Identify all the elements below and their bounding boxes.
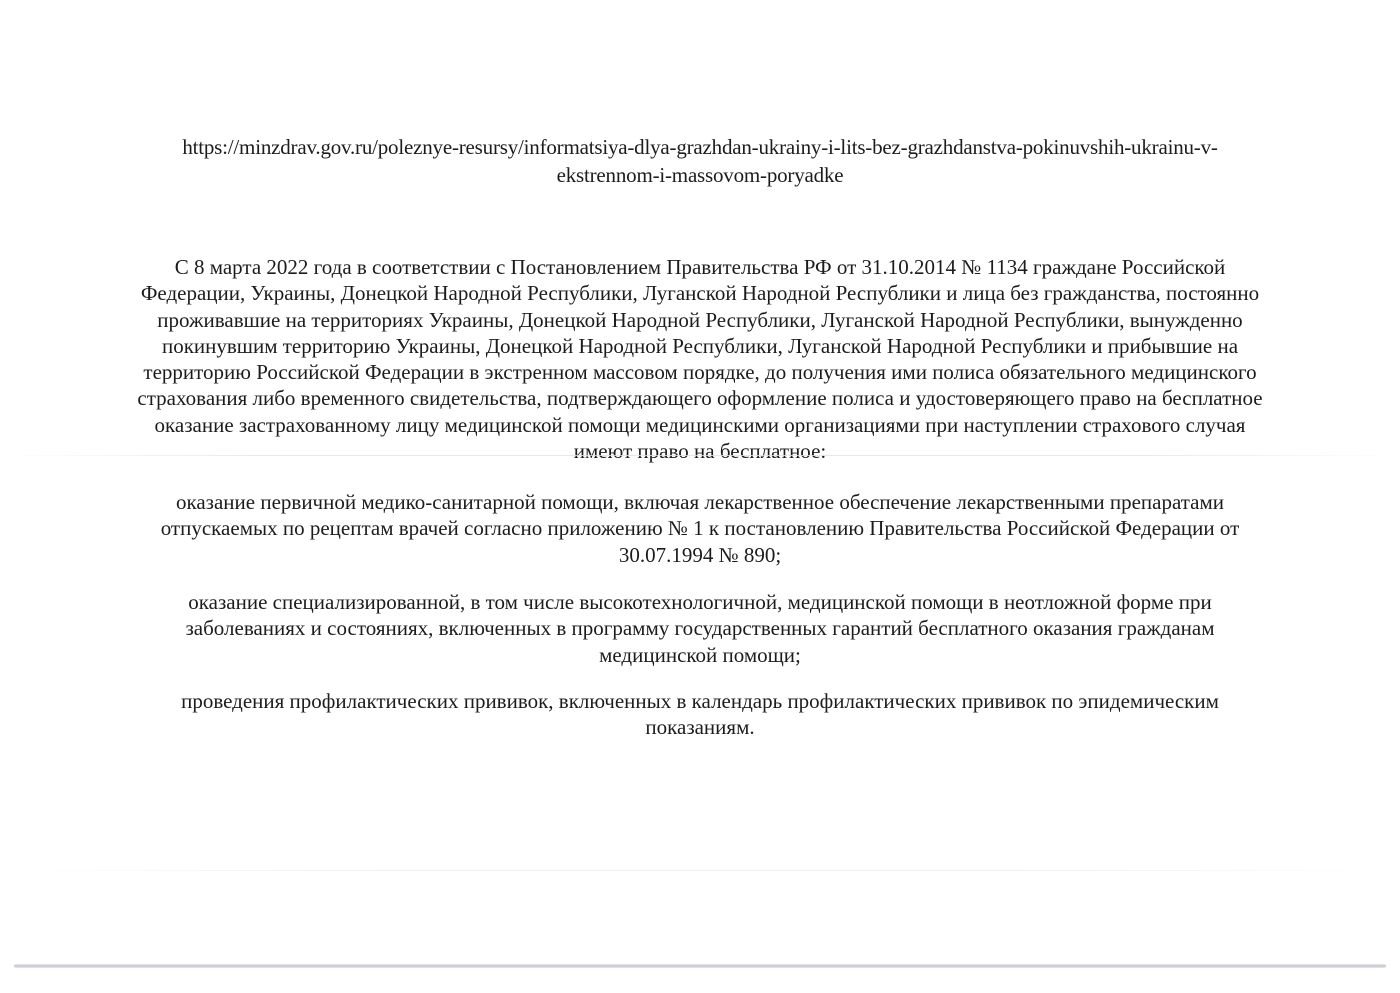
right-item-vaccinations: проведения профилактических прививок, вк… — [40, 688, 1360, 741]
text-line: оказание застрахованному лицу медицинско… — [40, 412, 1360, 438]
text-line: С 8 марта 2022 года в соответствии с Пос… — [40, 254, 1360, 280]
text-line: проживавшие на территориях Украины, Доне… — [40, 307, 1360, 333]
scan-artifact-bar — [14, 964, 1386, 968]
right-item-primary-care: оказание первичной медико-санитарной пом… — [40, 489, 1360, 568]
text-line: заболеваниях и состояниях, включенных в … — [40, 615, 1360, 641]
scan-artifact-line — [0, 455, 1400, 456]
scanned-document-page: https://minzdrav.gov.ru/poleznye-resursy… — [0, 0, 1400, 993]
source-url-line: ekstrennom-i-massovom-poryadke — [60, 161, 1340, 189]
source-url: https://minzdrav.gov.ru/poleznye-resursy… — [60, 133, 1340, 189]
intro-paragraph: С 8 марта 2022 года в соответствии с Пос… — [40, 254, 1360, 464]
text-line: проведения профилактических прививок, вк… — [40, 688, 1360, 714]
text-line: оказание специализированной, в том числе… — [40, 589, 1360, 615]
text-line: покинувшим территорию Украины, Донецкой … — [40, 333, 1360, 359]
text-line: страхования либо временного свидетельств… — [40, 385, 1360, 411]
text-line: медицинской помощи; — [40, 642, 1360, 668]
text-line: территорию Российской Федерации в экстре… — [40, 359, 1360, 385]
text-line: имеют право на бесплатное: — [40, 438, 1360, 464]
text-line: оказание первичной медико-санитарной пом… — [40, 489, 1360, 515]
scan-artifact-line — [0, 870, 1400, 871]
source-url-line: https://minzdrav.gov.ru/poleznye-resursy… — [60, 133, 1340, 161]
text-line: показаниям. — [40, 714, 1360, 740]
text-line: Федерации, Украины, Донецкой Народной Ре… — [40, 280, 1360, 306]
text-line: отпускаемых по рецептам врачей согласно … — [40, 515, 1360, 541]
text-line: 30.07.1994 № 890; — [40, 542, 1360, 568]
right-item-specialized-care: оказание специализированной, в том числе… — [40, 589, 1360, 668]
